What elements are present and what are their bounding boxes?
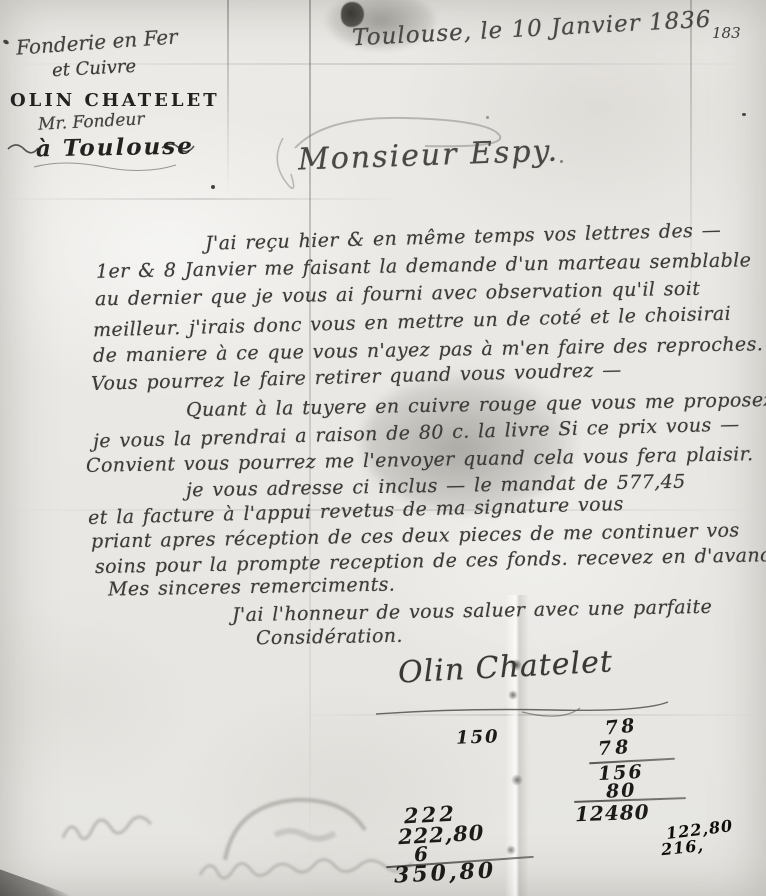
body-line: J'ai reçu hier & en même temps vos lettr… [205, 219, 722, 255]
crease-horizontal-mid-left [0, 198, 400, 200]
letterhead-swash-left [6, 140, 40, 156]
calc-value-150: 150 [456, 726, 500, 749]
letter-page: Fonderie en Fer et Cuivre OLIN CHATELET … [0, 0, 766, 896]
signature: Olin Chatelet [397, 644, 614, 690]
calc-right-total: 12480 [575, 800, 650, 827]
letterhead-proprietor-name: OLIN CHATELET [10, 90, 220, 111]
letterhead-business-line1: Fonderie en Fer [15, 24, 178, 59]
letterhead-business-line2: et Cuivre [52, 56, 137, 81]
letterhead-proprietor-title: Mr. Fondeur [38, 109, 145, 135]
ink-speck [742, 113, 746, 116]
closing-line: J'ai l'honneur de vous saluer avec une p… [232, 596, 712, 626]
fold-damage-strip [505, 595, 529, 896]
bleed-through-script-left [55, 800, 165, 850]
letterhead-flourish-under [30, 160, 180, 174]
calc-middle-total: 350,80 [393, 857, 496, 888]
letterhead-swash-right [160, 140, 196, 156]
dateline-year-stub: 183 [712, 24, 741, 42]
page-corner-shadow [0, 858, 78, 896]
ink-speck [211, 185, 215, 189]
fold-crease-left-top [227, 0, 229, 195]
ink-speck [2, 39, 9, 45]
closing-line: Considération. [256, 625, 403, 650]
calc-dark-value2: 216, [660, 836, 705, 859]
calc-middle-addend2: 222,80 [397, 820, 485, 849]
calc-right-addend2: 78 [597, 736, 633, 760]
ink-speck [560, 160, 563, 163]
body-line: Mes sinceres remerciments. [108, 573, 396, 600]
